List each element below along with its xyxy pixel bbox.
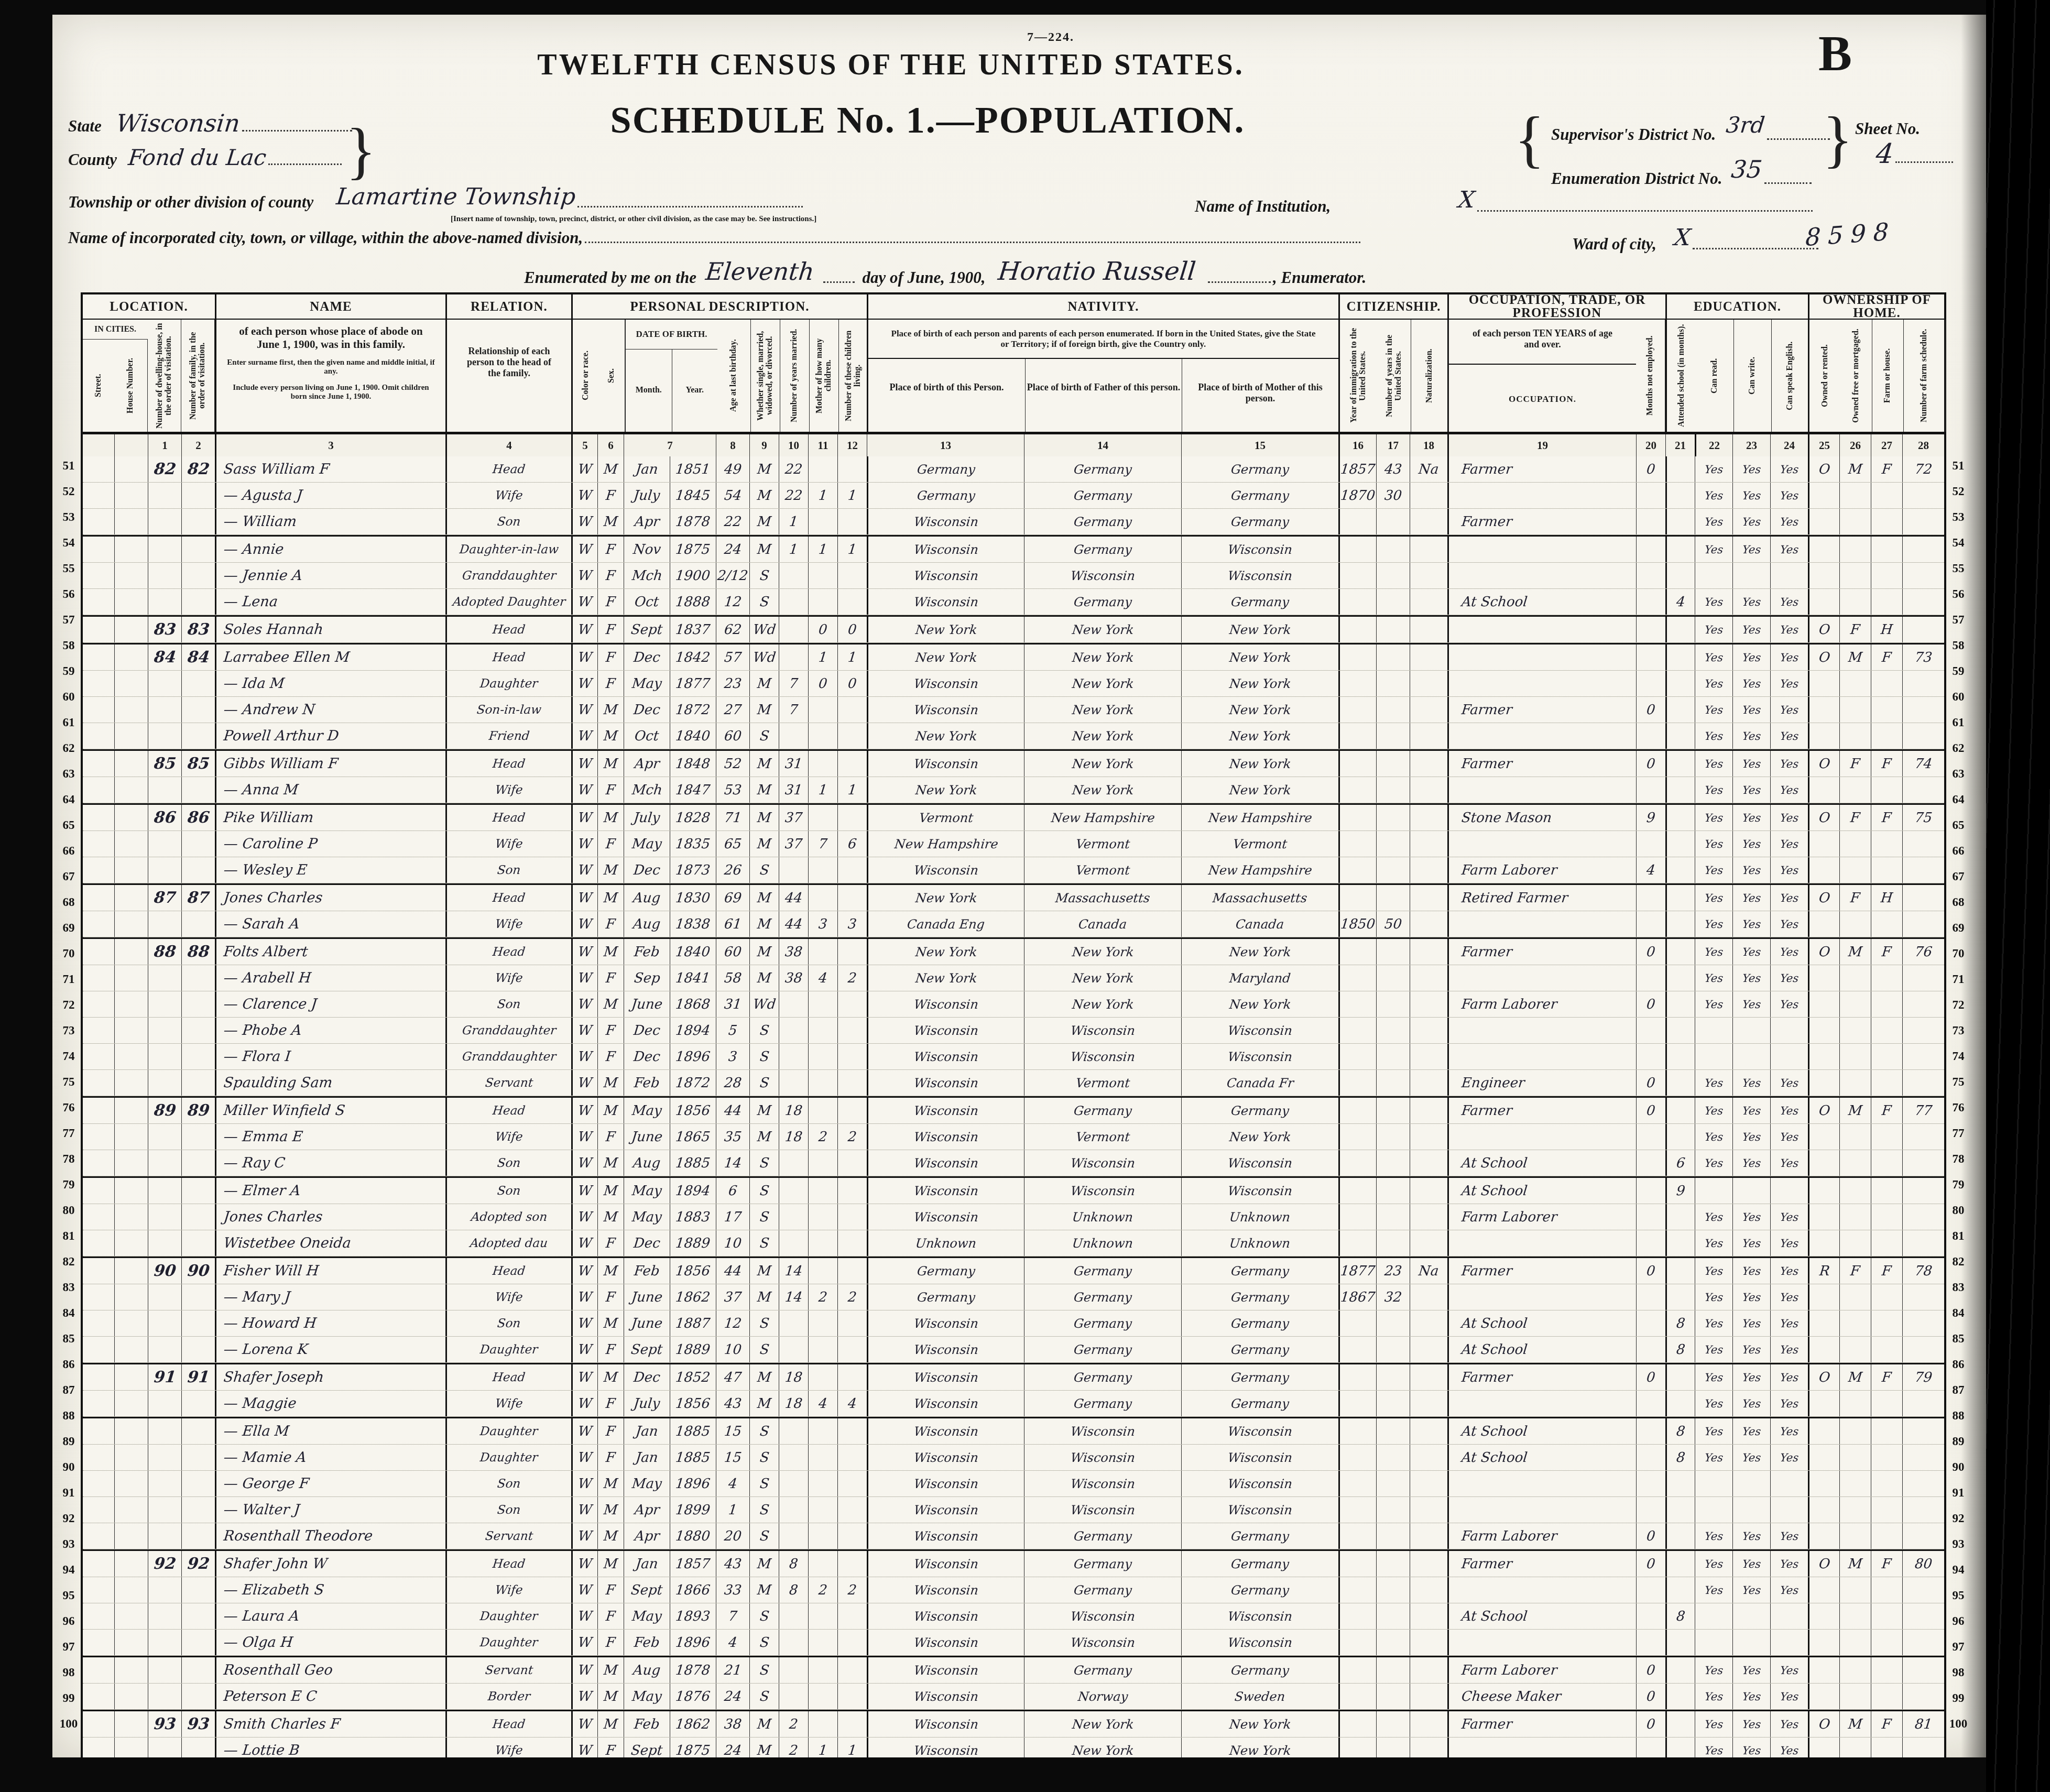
cell-relation: Head <box>445 1098 571 1123</box>
value-speaks-english: Yes <box>1780 1451 1800 1464</box>
cell-children-living: 0 <box>837 617 867 642</box>
value-birth-month: Jan <box>635 1424 659 1439</box>
cell-attended-school <box>1665 1471 1695 1496</box>
cell-months-not-employed: 0 <box>1636 1657 1665 1683</box>
cell-house-number <box>114 1684 148 1709</box>
cell-father-birthplace: New York <box>1024 991 1181 1017</box>
line-number: 82 <box>57 1249 81 1274</box>
cell-birthplace: New York <box>867 644 1024 670</box>
cell-father-birthplace: Norway <box>1024 1684 1181 1709</box>
value-color-race: W <box>577 728 593 744</box>
cell-sex: F <box>597 1337 624 1362</box>
value-marital-status: S <box>759 1476 770 1492</box>
cell-person-name: Rosenthall Geo <box>215 1657 445 1683</box>
cell-farm-schedule-no <box>1902 1603 1944 1629</box>
cell-free-mortgaged: F <box>1839 1258 1871 1284</box>
cell-age: 24 <box>716 537 749 562</box>
cell-mother-of-children <box>808 1523 837 1549</box>
value-birth-month: Apr <box>634 756 660 772</box>
cell-birth-month: Nov <box>624 537 670 562</box>
value-father-birthplace: Vermont <box>1075 837 1130 851</box>
cell-can-read: Yes <box>1695 1551 1732 1577</box>
cell-mother-of-children: 4 <box>808 1391 837 1416</box>
cell-months-not-employed <box>1636 1471 1665 1496</box>
value-can-read: Yes <box>1704 489 1724 502</box>
value-years-married: 7 <box>789 702 799 718</box>
cell-farm-schedule-no <box>1902 1070 1944 1096</box>
cell-children-living <box>837 1070 867 1096</box>
line-number: 93 <box>57 1531 81 1557</box>
value-relation: Head <box>492 651 526 664</box>
cell-can-read: Yes <box>1695 617 1732 642</box>
cell-house-number <box>114 537 148 562</box>
value-can-write: Yes <box>1742 516 1762 528</box>
line-number: 72 <box>57 992 81 1018</box>
cell-free-mortgaged <box>1839 1684 1871 1709</box>
value-can-read: Yes <box>1704 516 1724 528</box>
cell-birth-year: 1838 <box>670 911 716 937</box>
cell-free-mortgaged <box>1839 1577 1871 1603</box>
cell-age: 43 <box>716 1551 749 1577</box>
cell-person-name: Smith Charles F <box>215 1711 445 1737</box>
cell-years-married: 14 <box>779 1284 808 1310</box>
cell-house-number <box>114 1551 148 1577</box>
section-education-body: Attended school (in months).Can read.Can… <box>1667 320 1808 432</box>
cell-speaks-english <box>1770 1497 1808 1523</box>
value-can-write: Yes <box>1742 1237 1762 1250</box>
value-mother-birthplace: Germany <box>1230 488 1290 503</box>
cell-can-read <box>1695 1471 1732 1496</box>
value-marital-status: M <box>757 756 772 772</box>
cell-street <box>83 617 114 642</box>
cell-farm-house <box>1871 589 1902 615</box>
cell-family-number <box>181 1603 215 1629</box>
ward-label: Ward of city, <box>1572 235 1656 253</box>
value-years-in-us: 43 <box>1383 462 1402 477</box>
cell-mother-birthplace: New York <box>1181 939 1338 965</box>
value-occupation: Engineer <box>1460 1075 1525 1091</box>
cell-years-in-us <box>1376 805 1410 831</box>
cell-relation: Head <box>445 805 571 831</box>
cell-birthplace: New York <box>867 617 1024 642</box>
cell-mother-of-children <box>808 751 837 777</box>
cell-years-married: 22 <box>779 483 808 508</box>
cell-birth-month: June <box>624 1124 670 1150</box>
value-sex: F <box>605 1023 616 1039</box>
value-sex: F <box>605 542 616 558</box>
cell-street <box>83 456 114 482</box>
value-attended-school: 8 <box>1676 1450 1686 1466</box>
value-relation: Adopted son <box>470 1210 548 1224</box>
cell-months-not-employed: 0 <box>1636 1523 1665 1549</box>
cell-farm-house: F <box>1871 751 1902 777</box>
cell-dwelling-number <box>148 1603 181 1629</box>
cell-occupation: Engineer <box>1447 1070 1636 1096</box>
cell-family-number <box>181 831 215 857</box>
cell-dwelling-number <box>148 1497 181 1523</box>
cell-dwelling-number <box>148 1391 181 1416</box>
value-birth-month: Aug <box>633 916 661 932</box>
cell-relation: Wife <box>445 777 571 803</box>
cell-age: 33 <box>716 1577 749 1603</box>
cell-birth-month: Aug <box>624 1657 670 1683</box>
cell-color-race: W <box>571 1364 597 1390</box>
cell-can-read: Yes <box>1695 1310 1732 1336</box>
cell-years-in-us <box>1376 1044 1410 1069</box>
cell-relation: Head <box>445 456 571 482</box>
cell-naturalization <box>1410 1577 1447 1603</box>
cell-children-living: 4 <box>837 1391 867 1416</box>
cell-dwelling-number: 82 <box>148 456 181 482</box>
cell-speaks-english: Yes <box>1770 1445 1808 1470</box>
cell-dwelling-number <box>148 1310 181 1336</box>
value-age: 53 <box>723 782 742 798</box>
cell-age: 15 <box>716 1445 749 1470</box>
value-father-birthplace: New York <box>1071 783 1135 797</box>
cell-age: 57 <box>716 644 749 670</box>
cell-family-number <box>181 723 215 749</box>
cell-attended-school <box>1665 723 1695 749</box>
value-birthplace: Vermont <box>918 811 974 825</box>
value-marital-status: M <box>757 514 772 530</box>
cell-mother-birthplace: Germany <box>1181 1657 1338 1683</box>
cell-house-number <box>114 617 148 642</box>
value-attended-school: 8 <box>1676 1316 1686 1331</box>
value-marital-status: Wd <box>752 997 777 1012</box>
cell-dwelling-number <box>148 1418 181 1444</box>
value-marital-status: S <box>759 1183 770 1199</box>
value-can-read: Yes <box>1704 678 1724 690</box>
value-family-number: 88 <box>187 943 210 961</box>
cell-sex: M <box>597 1711 624 1737</box>
cell-color-race: W <box>571 644 597 670</box>
cell-children-living <box>837 1711 867 1737</box>
cell-months-not-employed <box>1636 671 1665 696</box>
value-relation: Son <box>497 998 521 1011</box>
value-farm-house: F <box>1881 462 1892 477</box>
value-owned-rented: O <box>1818 1717 1830 1732</box>
value-relation: Head <box>492 463 526 476</box>
value-months-not-employed: 4 <box>1646 862 1656 878</box>
cell-house-number <box>114 644 148 670</box>
value-sex: F <box>605 1450 616 1466</box>
value-family-number: 82 <box>187 460 210 478</box>
value-speaks-english: Yes <box>1780 1157 1800 1170</box>
cell-marital-status: S <box>749 1337 779 1362</box>
cell-father-birthplace: Vermont <box>1024 831 1181 857</box>
cell-mother-birthplace: Germany <box>1181 509 1338 534</box>
cell-sex: M <box>597 1551 624 1577</box>
cell-farm-schedule-no <box>1902 1150 1944 1176</box>
value-immigration-year: 1857 <box>1340 462 1376 477</box>
cell-children-living: 1 <box>837 644 867 670</box>
cell-birthplace: Wisconsin <box>867 1364 1024 1390</box>
value-person-name: Pike William <box>223 810 314 826</box>
value-birth-month: Apr <box>634 1528 660 1544</box>
cell-farm-house <box>1871 1070 1902 1096</box>
value-can-read: Yes <box>1704 1397 1724 1410</box>
cell-house-number <box>114 751 148 777</box>
cell-dwelling-number <box>148 671 181 696</box>
cell-years-married <box>779 1471 808 1496</box>
cell-family-number <box>181 1284 215 1310</box>
value-sex: M <box>603 1717 619 1732</box>
in-cities-label: IN CITIES. <box>83 320 148 340</box>
cell-person-name: — Arabell H <box>215 965 445 991</box>
value-person-name: — Flora I <box>223 1048 291 1065</box>
value-speaks-english: Yes <box>1780 784 1800 796</box>
value-can-write: Yes <box>1742 758 1762 770</box>
cell-years-in-us <box>1376 1418 1410 1444</box>
cell-birth-month: Dec <box>624 1018 670 1043</box>
cell-naturalization <box>1410 1018 1447 1043</box>
cell-can-write: Yes <box>1732 965 1770 991</box>
cell-birth-month: Dec <box>624 1230 670 1256</box>
cell-attended-school <box>1665 456 1695 482</box>
cell-dwelling-number <box>148 1018 181 1043</box>
cell-relation: Wife <box>445 911 571 937</box>
enumerated-day: Eleventh <box>704 257 815 286</box>
table-row: — MaggieWifeWFJuly185643M1844WisconsinGe… <box>83 1391 1944 1417</box>
cell-speaks-english <box>1770 1044 1808 1069</box>
section-ownership-title: OWNERSHIP OF HOME. <box>1809 294 1944 320</box>
value-mother-birthplace: Wisconsin <box>1227 1477 1293 1491</box>
value-birthplace: Wisconsin <box>913 1210 979 1225</box>
cell-sex: M <box>597 1364 624 1390</box>
enumerated-line1 <box>823 281 855 283</box>
cell-relation: Son <box>445 1310 571 1336</box>
cell-sex: F <box>597 1124 624 1150</box>
value-birth-year: 1872 <box>675 702 711 718</box>
value-owned-rented: O <box>1818 1556 1830 1572</box>
line-number: 80 <box>57 1197 81 1223</box>
cell-free-mortgaged <box>1839 1337 1871 1362</box>
value-birthplace: New York <box>914 650 978 665</box>
value-father-birthplace: Wisconsin <box>1070 1424 1136 1439</box>
cell-naturalization <box>1410 589 1447 615</box>
cell-occupation <box>1447 1391 1636 1416</box>
value-mother-birthplace: Maryland <box>1229 971 1292 986</box>
cell-age: 17 <box>716 1204 749 1230</box>
cell-months-not-employed <box>1636 1603 1665 1629</box>
cell-sex: M <box>597 991 624 1017</box>
cell-dwelling-number <box>148 1337 181 1362</box>
value-color-race: W <box>577 1717 593 1732</box>
cell-farm-schedule-no <box>1902 1124 1944 1150</box>
cell-children-living <box>837 1337 867 1362</box>
value-sex: F <box>605 1609 616 1624</box>
value-dwelling-number: 88 <box>153 943 177 961</box>
cell-occupation: At School <box>1447 1445 1636 1470</box>
cell-sex: F <box>597 965 624 991</box>
cell-family-number: 87 <box>181 885 215 911</box>
value-color-race: W <box>577 1155 593 1171</box>
cell-farm-house <box>1871 537 1902 562</box>
cell-house-number <box>114 1471 148 1496</box>
cell-free-mortgaged <box>1839 857 1871 883</box>
value-marital-status: M <box>757 542 772 558</box>
cell-family-number <box>181 1445 215 1470</box>
value-can-write: Yes <box>1742 1371 1762 1384</box>
value-can-read: Yes <box>1704 1530 1724 1543</box>
cell-immigration-year <box>1338 1577 1376 1603</box>
value-can-read: Yes <box>1704 1265 1724 1277</box>
value-mother-birthplace: New Hampshire <box>1207 811 1313 825</box>
cell-age: 22 <box>716 509 749 534</box>
cell-sex: F <box>597 1603 624 1629</box>
value-can-write: Yes <box>1742 784 1762 796</box>
cell-mother-of-children <box>808 1603 837 1629</box>
cell-farm-schedule-no <box>1902 1418 1944 1444</box>
line-number: 52 <box>57 478 81 504</box>
cell-sex: M <box>597 1070 624 1096</box>
cell-owned-rented: R <box>1808 1258 1839 1284</box>
value-can-write: Yes <box>1742 812 1762 824</box>
value-farm-house: H <box>1880 890 1894 906</box>
cell-birth-year: 1885 <box>670 1445 716 1470</box>
cell-dwelling-number <box>148 1577 181 1603</box>
cell-person-name: — Clarence J <box>215 991 445 1017</box>
value-occupation: Farm Laborer <box>1460 1528 1558 1544</box>
cell-person-name: — Wesley E <box>215 857 445 883</box>
value-color-race: W <box>577 1290 593 1305</box>
cell-relation: Son <box>445 1150 571 1176</box>
cell-father-birthplace: Massachusetts <box>1024 885 1181 911</box>
cell-father-birthplace: Unknown <box>1024 1204 1181 1230</box>
cell-sex: M <box>597 697 624 723</box>
cell-attended-school: 6 <box>1665 1150 1695 1176</box>
cell-naturalization <box>1410 991 1447 1017</box>
cell-birthplace: Unknown <box>867 1230 1024 1256</box>
cell-marital-status: S <box>749 1044 779 1069</box>
cell-relation: Border <box>445 1684 571 1709</box>
value-months-not-employed: 0 <box>1646 1103 1656 1119</box>
cell-street <box>83 1364 114 1390</box>
cell-can-write: Yes <box>1732 644 1770 670</box>
value-years-in-us: 32 <box>1383 1290 1402 1305</box>
cell-birthplace: Wisconsin <box>867 1044 1024 1069</box>
cell-person-name: Fisher Will H <box>215 1258 445 1284</box>
cell-mother-birthplace: Maryland <box>1181 965 1338 991</box>
line-number: 92 <box>57 1505 81 1531</box>
cell-color-race: W <box>571 1258 597 1284</box>
cell-birthplace: New York <box>867 777 1024 803</box>
cell-mother-birthplace: Germany <box>1181 1337 1338 1362</box>
cell-naturalization <box>1410 671 1447 696</box>
value-person-name: — Jennie A <box>223 567 303 584</box>
cell-years-married: 44 <box>779 885 808 911</box>
value-birth-month: June <box>630 1129 663 1145</box>
value-person-name: — Emma E <box>223 1129 303 1145</box>
cell-house-number <box>114 1337 148 1362</box>
cell-mother-of-children: 1 <box>808 777 837 803</box>
cell-street <box>83 1471 114 1496</box>
cell-birth-month: May <box>624 1178 670 1204</box>
cell-marital-status: Wd <box>749 617 779 642</box>
cell-speaks-english <box>1770 563 1808 588</box>
value-person-name: Rosenthall Geo <box>223 1662 333 1678</box>
value-father-birthplace: New York <box>1071 945 1135 959</box>
cell-father-birthplace: Vermont <box>1024 1070 1181 1096</box>
cell-immigration-year <box>1338 1230 1376 1256</box>
value-person-name: Jones Charles <box>223 890 323 906</box>
value-person-name: Miller Winfield S <box>223 1102 346 1119</box>
cell-can-write: Yes <box>1732 939 1770 965</box>
cell-marital-status: M <box>749 1551 779 1577</box>
cell-owned-rented: O <box>1808 644 1839 670</box>
cell-age: 58 <box>716 965 749 991</box>
value-sex: M <box>603 1476 619 1492</box>
value-owned-rented: R <box>1818 1263 1830 1279</box>
cell-person-name: — Walter J <box>215 1497 445 1523</box>
value-occupation: At School <box>1460 1609 1528 1624</box>
cell-naturalization <box>1410 1551 1447 1577</box>
cell-farm-house: F <box>1871 456 1902 482</box>
cell-free-mortgaged <box>1839 589 1871 615</box>
value-relation: Granddaughter <box>462 569 557 583</box>
value-occupation: Farmer <box>1460 1370 1513 1385</box>
column-number: 19 <box>1447 434 1636 456</box>
cell-naturalization <box>1410 1337 1447 1362</box>
value-birthplace: Germany <box>917 462 976 477</box>
value-farm-house: F <box>1881 1717 1892 1732</box>
cell-dwelling-number <box>148 1178 181 1204</box>
cell-can-write <box>1732 1630 1770 1655</box>
cell-years-married <box>779 1657 808 1683</box>
cell-years-in-us <box>1376 1577 1410 1603</box>
cell-family-number: 93 <box>181 1711 215 1737</box>
cell-speaks-english: Yes <box>1770 1391 1808 1416</box>
table-row: 9292Shafer John WHeadWMJan185743M8Wiscon… <box>83 1549 1944 1577</box>
cell-house-number <box>114 1523 148 1549</box>
name-desc: of each person whose place of abode on J… <box>216 320 445 354</box>
cell-age: 26 <box>716 857 749 883</box>
value-age: 28 <box>723 1075 742 1091</box>
cell-person-name: Pike William <box>215 805 445 831</box>
cell-family-number <box>181 1070 215 1096</box>
cell-owned-rented <box>1808 1445 1839 1470</box>
value-relation: Son <box>497 515 521 529</box>
cell-can-read: Yes <box>1695 671 1732 696</box>
cell-attended-school <box>1665 751 1695 777</box>
cell-person-name: Spaulding Sam <box>215 1070 445 1096</box>
cell-can-write: Yes <box>1732 671 1770 696</box>
state-value: Wisconsin <box>115 109 242 137</box>
cell-color-race: W <box>571 671 597 696</box>
cell-can-write: Yes <box>1732 1445 1770 1470</box>
value-father-birthplace: New York <box>1071 729 1135 744</box>
value-father-birthplace: Wisconsin <box>1070 1023 1136 1038</box>
value-person-name: Shafer Joseph <box>223 1369 324 1385</box>
cell-naturalization <box>1410 483 1447 508</box>
cell-house-number <box>114 483 148 508</box>
cell-color-race: W <box>571 1230 597 1256</box>
cell-house-number <box>114 671 148 696</box>
cell-birthplace: Wisconsin <box>867 537 1024 562</box>
value-can-read: Yes <box>1704 651 1724 664</box>
value-birth-year: 1862 <box>675 1290 711 1305</box>
cell-attended-school <box>1665 563 1695 588</box>
value-speaks-english: Yes <box>1780 1558 1800 1570</box>
county-line <box>268 163 342 165</box>
value-marital-status: M <box>757 916 772 932</box>
value-sex: F <box>605 1582 616 1598</box>
value-age: 14 <box>723 1155 742 1171</box>
cell-months-not-employed <box>1636 1630 1665 1655</box>
table-row: — Wesley ESonWMDec187326SWisconsinVermon… <box>83 857 1944 883</box>
table-row: — Agusta JWifeWFJuly184554M2211GermanyGe… <box>83 483 1944 509</box>
value-birth-year: 1830 <box>675 890 711 906</box>
